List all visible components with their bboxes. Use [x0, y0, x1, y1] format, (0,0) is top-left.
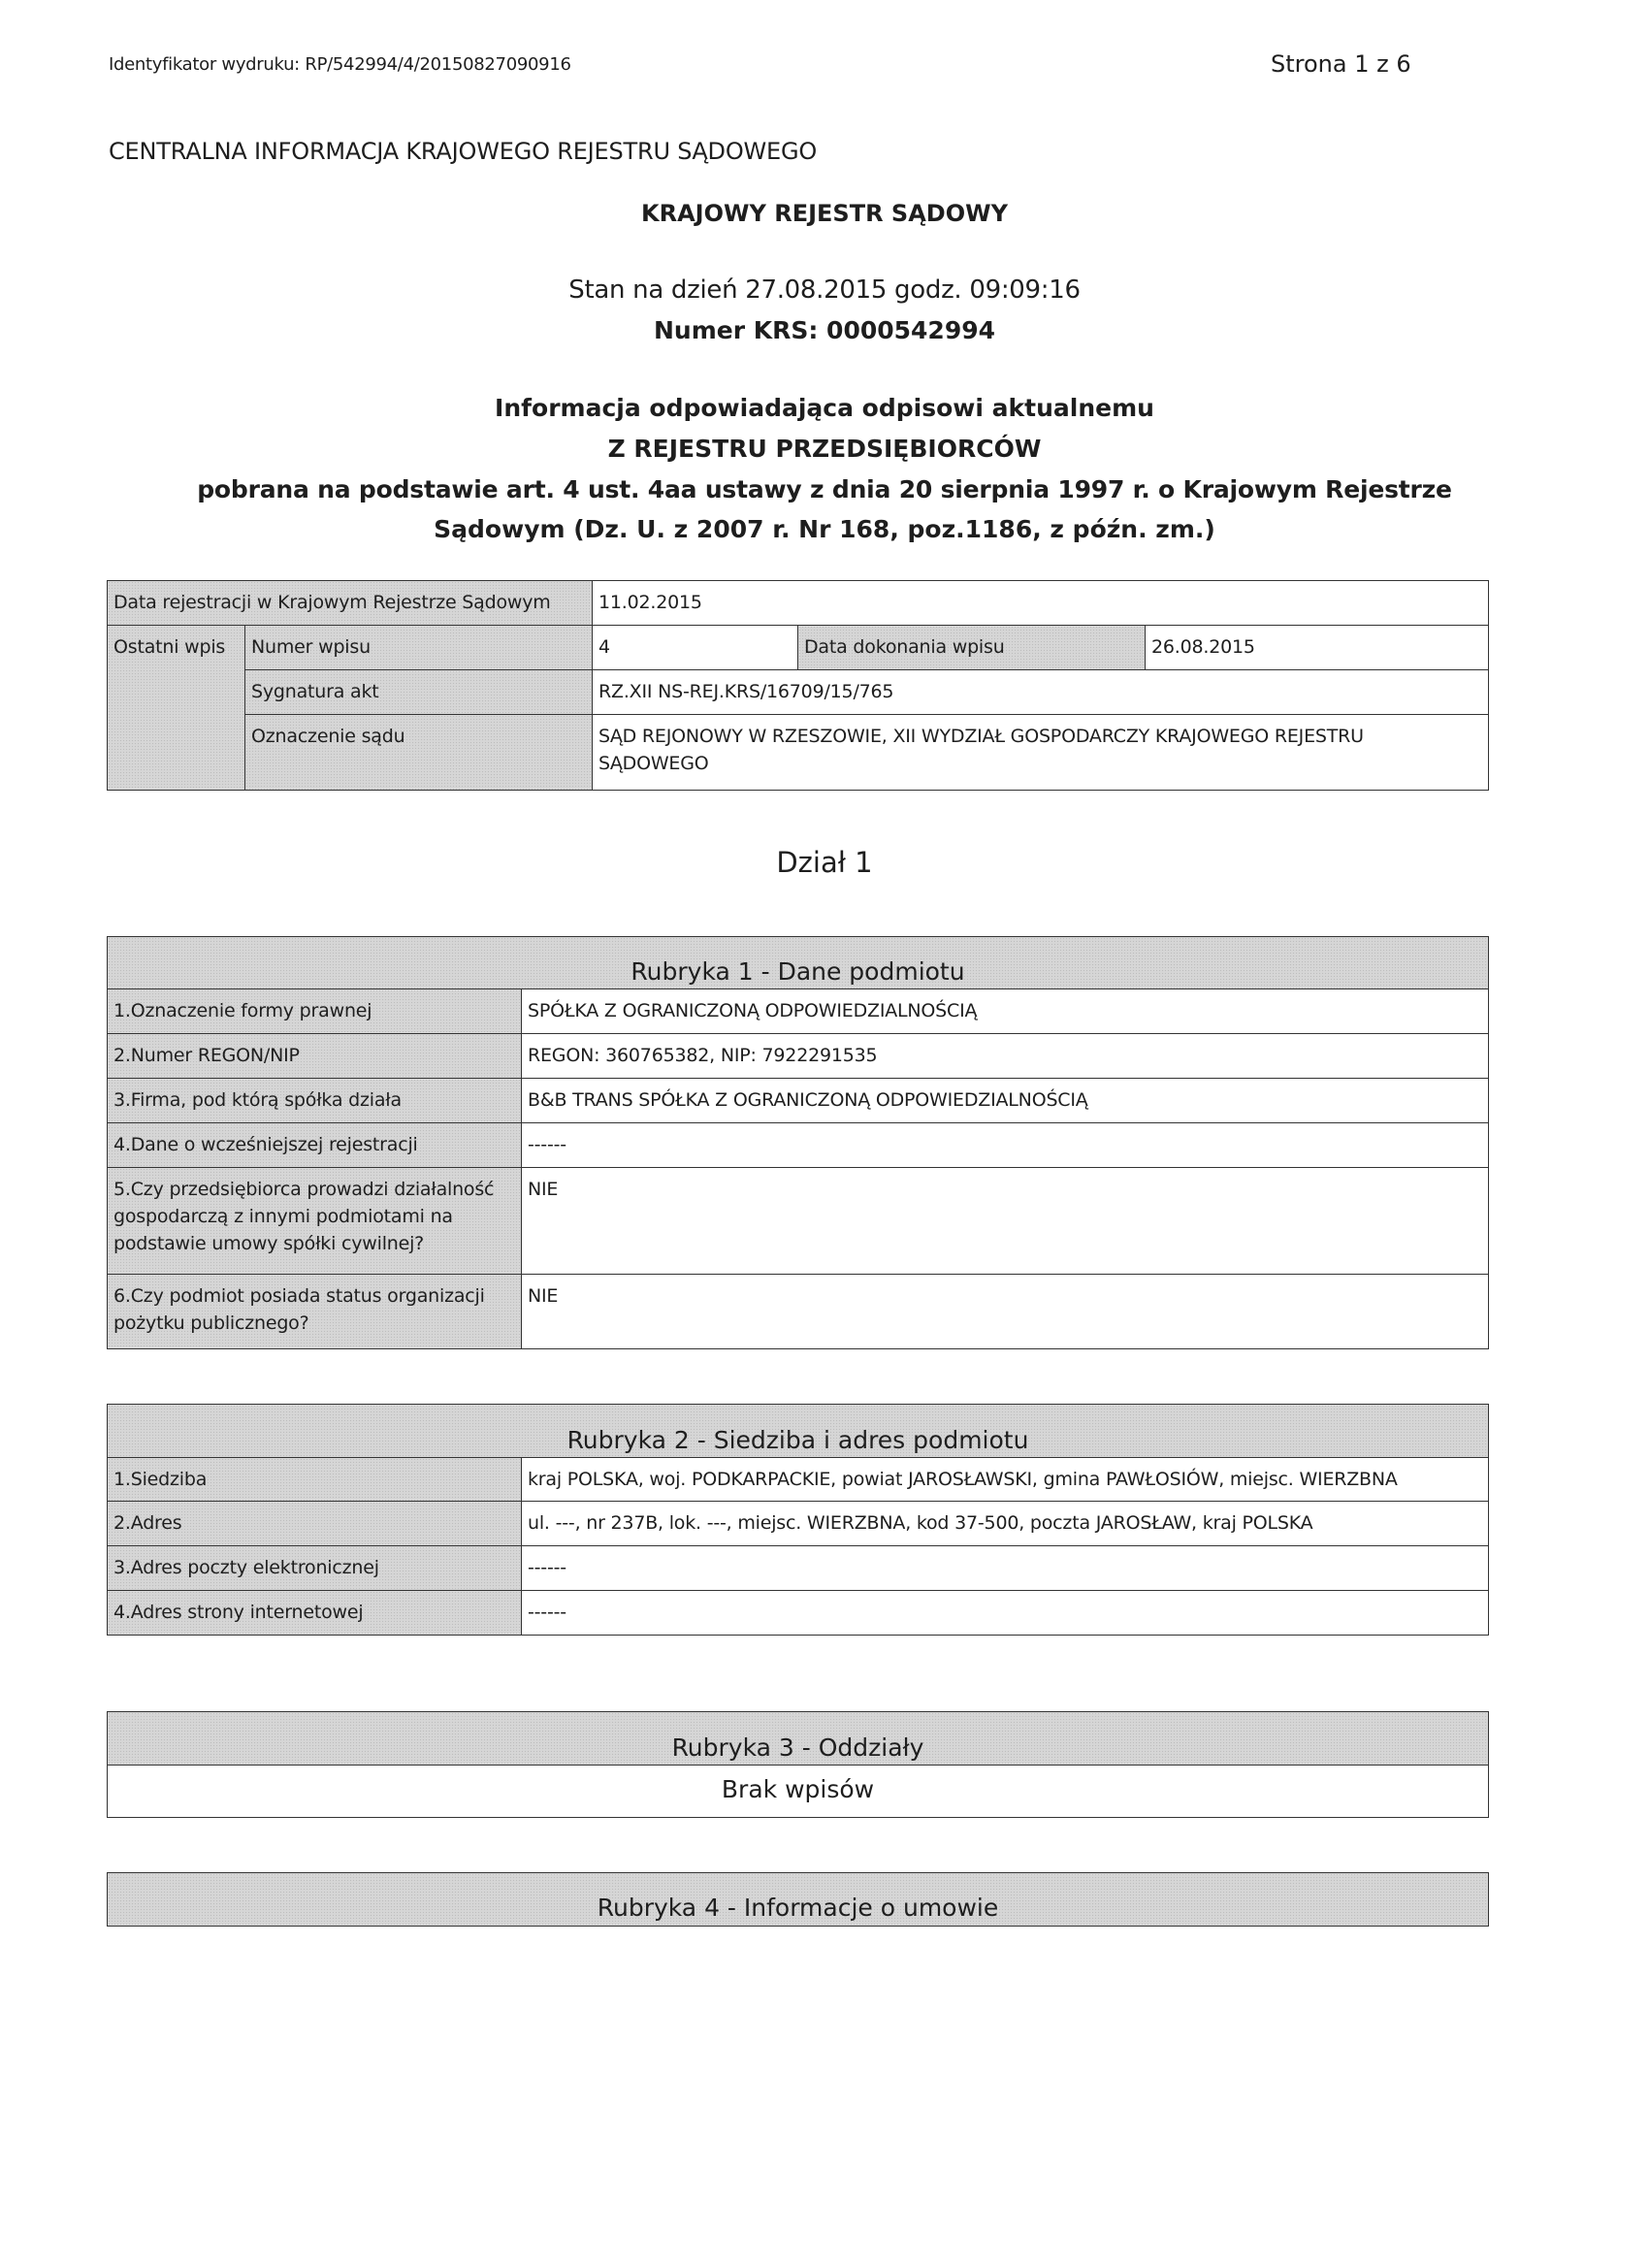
r2-label-3: 3.Adres poczty elektronicznej — [107, 1545, 523, 1592]
r2-label-4: 4.Adres strony internetowej — [107, 1590, 523, 1636]
court-value: SĄD REJONOWY W RZESZOWIE, XII WYDZIAŁ GO… — [592, 714, 1489, 791]
last-entry-label: Ostatni wpis — [107, 625, 246, 791]
reg-date-value: 11.02.2015 — [592, 580, 1489, 627]
reg-date-label: Data rejestracji w Krajowym Rejestrze Są… — [107, 580, 594, 627]
section-title: Dział 1 — [0, 846, 1649, 879]
state-timestamp: Stan na dzień 27.08.2015 godz. 09:09:16 — [0, 275, 1649, 305]
r2-label-2: 2.Adres — [107, 1501, 523, 1547]
r1-value-6: NIE — [521, 1274, 1489, 1349]
entry-date-label: Data dokonania wpisu — [797, 625, 1147, 671]
r1-label-2: 2.Numer REGON/NIP — [107, 1033, 523, 1080]
info-line-2: Z REJESTRU PRZEDSIĘBIORCÓW — [0, 435, 1649, 463]
r1-value-4: ------ — [521, 1122, 1489, 1169]
rubryka-3-header: Rubryka 3 - Oddziały — [107, 1711, 1489, 1766]
r2-value-2: ul. ---, nr 237B, lok. ---, miejsc. WIER… — [521, 1501, 1489, 1547]
r1-value-2: REGON: 360765382, NIP: 7922291535 — [521, 1033, 1489, 1080]
r2-value-4: ------ — [521, 1590, 1489, 1636]
entry-number-label: Numer wpisu — [244, 625, 594, 671]
court-label: Oznaczenie sądu — [244, 714, 594, 791]
rubryka-1-title: Rubryka 1 - Dane podmiotu — [108, 957, 1488, 986]
r1-label-3: 3.Firma, pod którą spółka działa — [107, 1078, 523, 1124]
r1-label-1: 1.Oznaczenie formy prawnej — [107, 988, 523, 1035]
r2-value-3: ------ — [521, 1545, 1489, 1592]
r2-value-1: kraj POLSKA, woj. PODKARPACKIE, powiat J… — [521, 1457, 1489, 1503]
r1-value-1: SPÓŁKA Z OGRANICZONĄ ODPOWIEDZIALNOŚCIĄ — [521, 988, 1489, 1035]
info-line-1: Informacja odpowiadająca odpisowi aktual… — [0, 394, 1649, 422]
case-ref-value: RZ.XII NS-REJ.KRS/16709/15/765 — [592, 669, 1489, 716]
entry-number-value: 4 — [592, 625, 799, 671]
rubryka-3-title: Rubryka 3 - Oddziały — [108, 1733, 1488, 1762]
register-title: KRAJOWY REJESTR SĄDOWY — [0, 200, 1649, 227]
rubryka-1-header: Rubryka 1 - Dane podmiotu — [107, 936, 1489, 990]
rubryka-4-header: Rubryka 4 - Informacje o umowie — [107, 1872, 1489, 1927]
rubryka-3-empty: Brak wpisów — [107, 1765, 1489, 1818]
page-number: Strona 1 z 6 — [1271, 50, 1411, 78]
r1-value-3: B&B TRANS SPÓŁKA Z OGRANICZONĄ ODPOWIEDZ… — [521, 1078, 1489, 1124]
krs-number: Numer KRS: 0000542994 — [0, 316, 1649, 344]
r1-label-5: 5.Czy przedsiębiorca prowadzi działalnoś… — [107, 1167, 523, 1276]
central-info-heading: CENTRALNA INFORMACJA KRAJOWEGO REJESTRU … — [109, 138, 817, 165]
rubryka-2-title: Rubryka 2 - Siedziba i adres podmiotu — [108, 1426, 1488, 1454]
r1-label-6: 6.Czy podmiot posiada status organizacji… — [107, 1274, 523, 1349]
entry-date-value: 26.08.2015 — [1145, 625, 1489, 671]
case-ref-label: Sygnatura akt — [244, 669, 594, 716]
info-line-3: pobrana na podstawie art. 4 ust. 4aa ust… — [0, 475, 1649, 503]
info-line-4: Sądowym (Dz. U. z 2007 r. Nr 168, poz.11… — [0, 515, 1649, 543]
r2-label-1: 1.Siedziba — [107, 1457, 523, 1503]
r1-label-4: 4.Dane o wcześniejszej rejestracji — [107, 1122, 523, 1169]
print-identifier: Identyfikator wydruku: RP/542994/4/20150… — [109, 54, 571, 75]
rubryka-2-header: Rubryka 2 - Siedziba i adres podmiotu — [107, 1404, 1489, 1459]
rubryka-4-title: Rubryka 4 - Informacje o umowie — [108, 1894, 1488, 1922]
r1-value-5: NIE — [521, 1167, 1489, 1276]
